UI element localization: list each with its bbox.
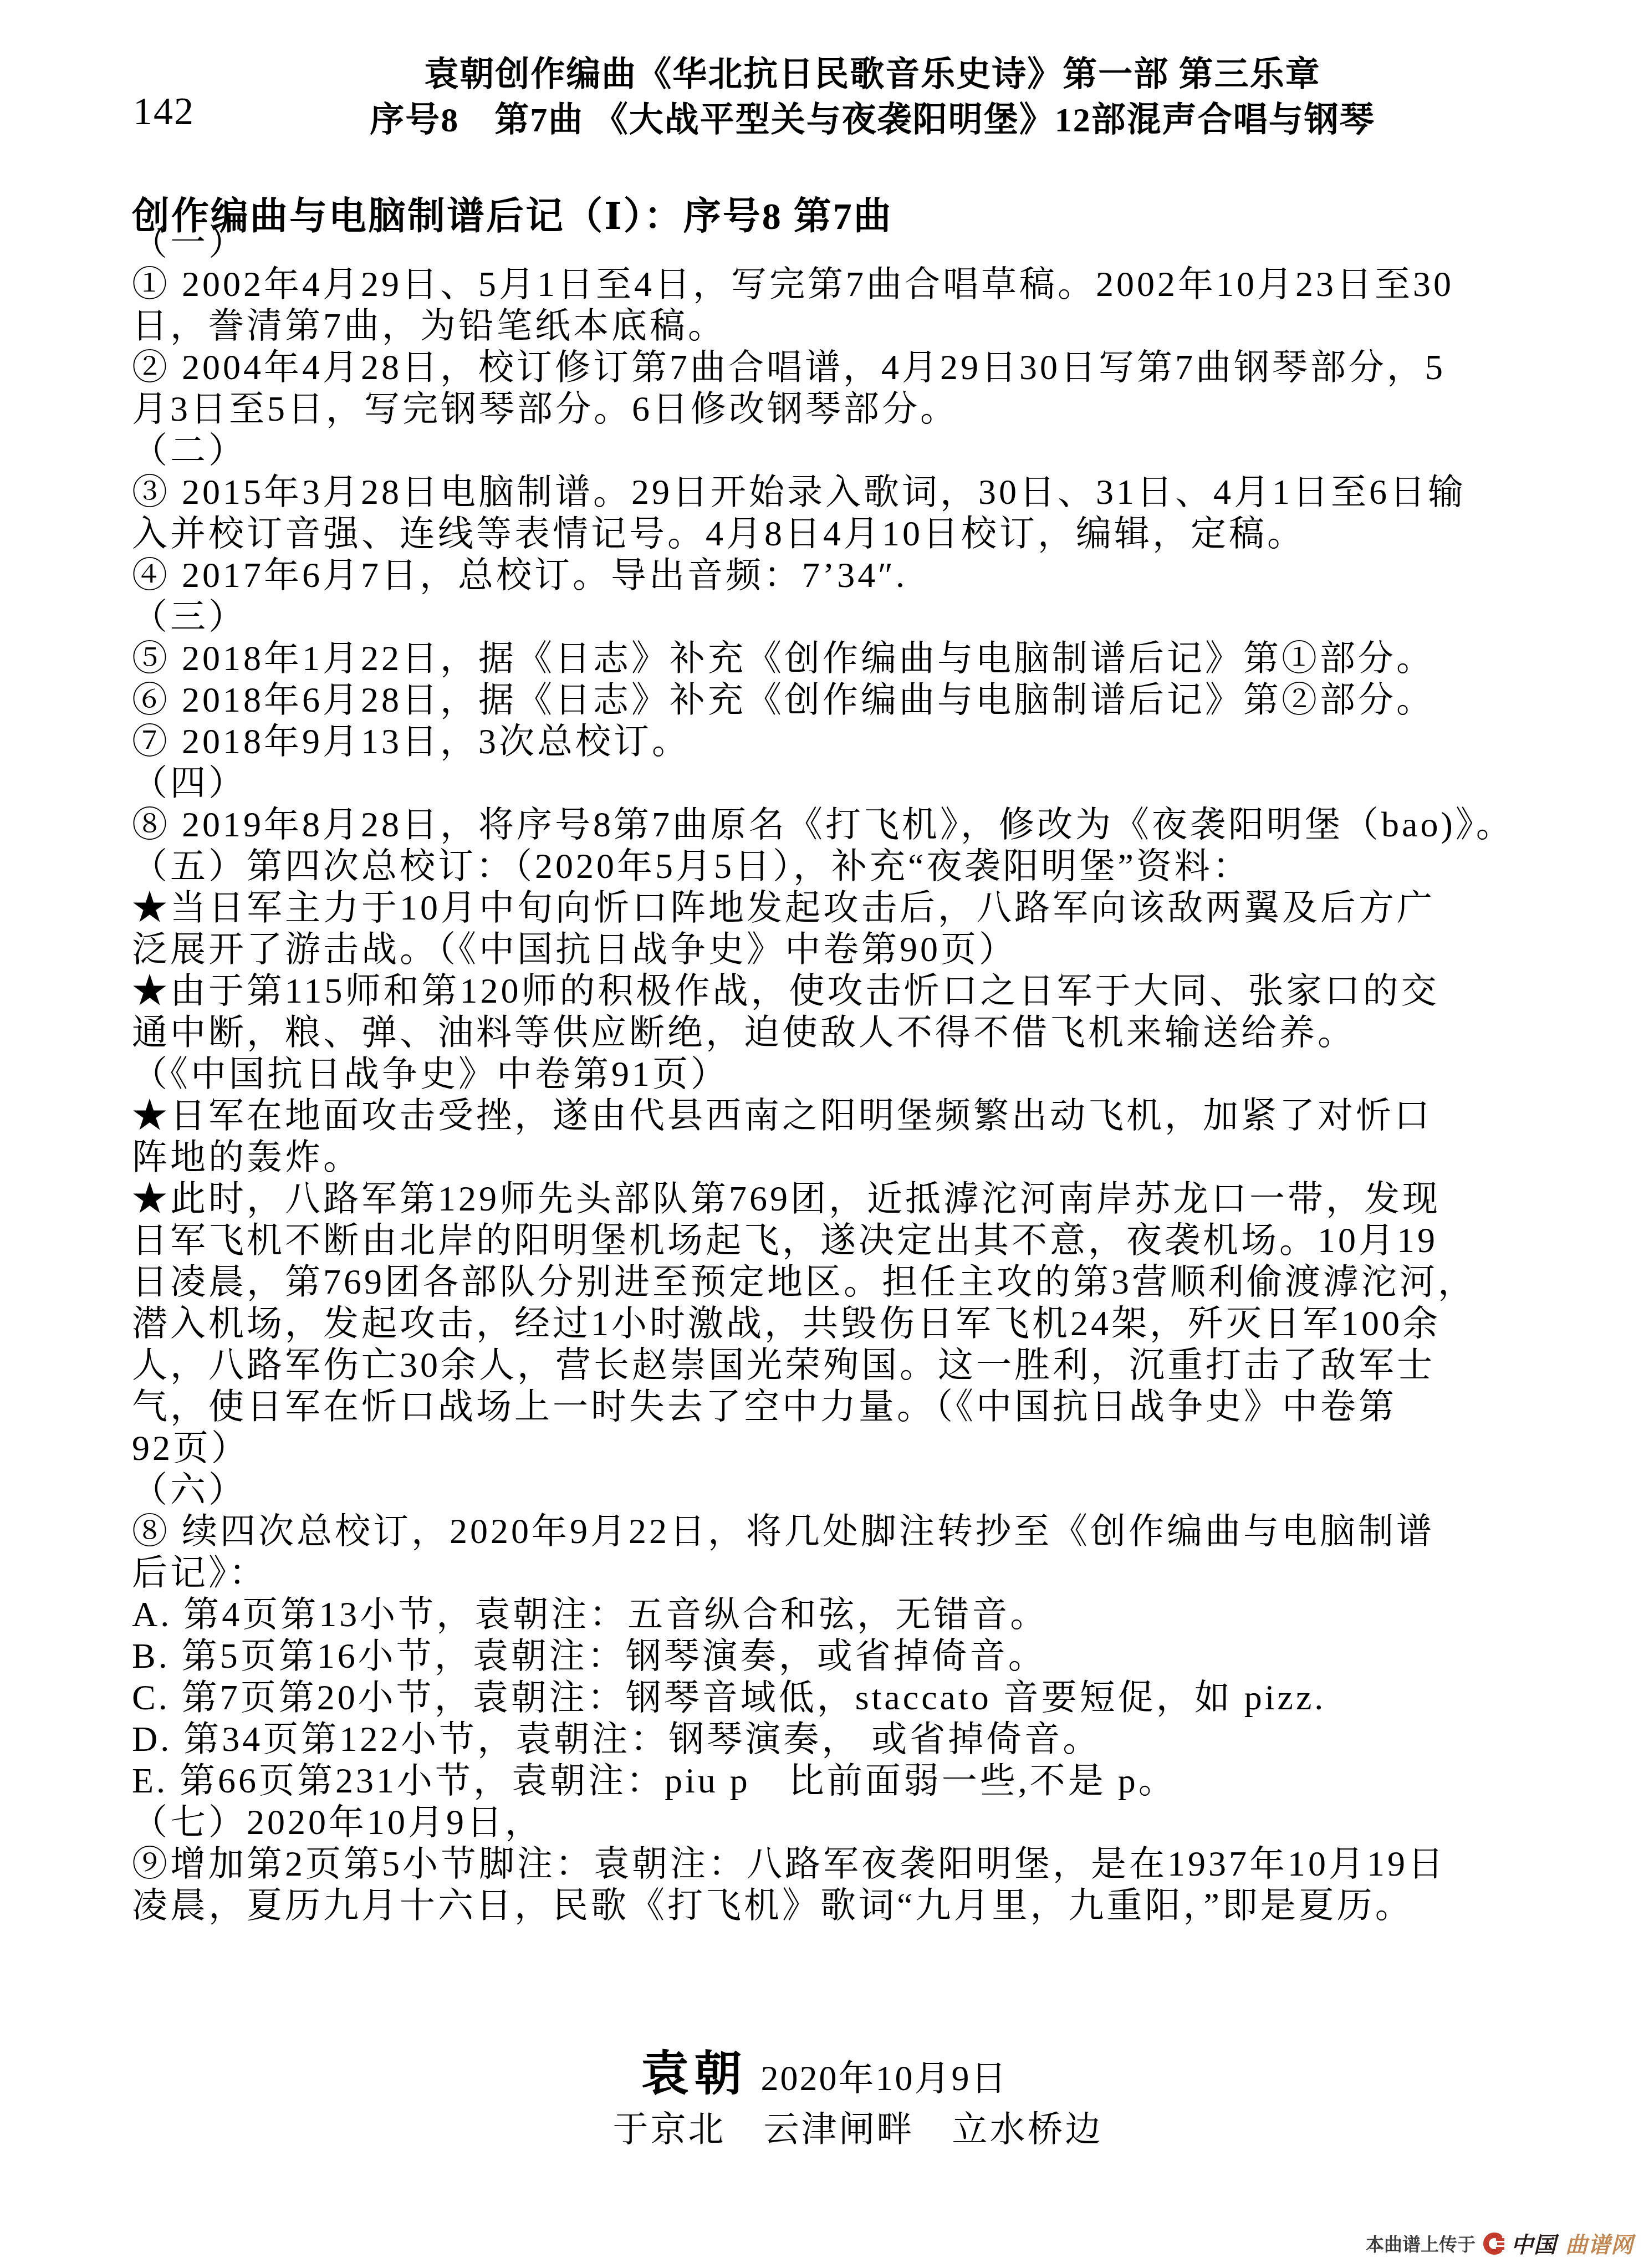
text-line: E. 第66页第231小节，袁朝注：piu p 比前面弱一些,不是 p。 [132,1760,1573,1801]
text-line: ⑤ 2018年1月22日，据《日志》补充《创作编曲与电脑制谱后记》第①部分。 [132,637,1573,679]
text-line: （六） [132,1469,1573,1510]
text-line: ★此时，八路军第129师先头部队第769团，近抵滹沱河南岸苏龙口一带，发现 [132,1178,1573,1219]
text-line: ★日军在地面攻击受挫，遂由代县西南之阳明堡频繁出动飞机，加紧了对忻口 [132,1095,1573,1136]
signature-place: 于京北 云津闸畔 立水桥边 [33,2101,1649,2152]
text-line: （七）2020年10月9日， [132,1801,1573,1843]
text-line: 泛展开了游击战。（《中国抗日战争史》中卷第90页） [132,928,1573,970]
running-header-line1: 袁朝创作编曲《华北抗日民歌音乐史诗》第一部 第三乐章 [96,47,1648,96]
running-header-line2: 序号8 第7曲 《大战平型关与夜袭阳明堡》12部混声合唱与钢琴 [96,92,1648,141]
text-line: 气，使日军在忻口战场上一时失去了空中力量。（《中国抗日战争史》中卷第 [132,1386,1573,1427]
text-line: 日，誊清第7曲，为铅笔纸本底稿。 [132,305,1573,346]
text-line: D. 第34页第122小节，袁朝注：钢琴演奏， 或省掉倚音。 [132,1718,1573,1760]
text-line: 入并校订音强、连线等表情记号。4月8日4月10日校订，编辑，定稿。 [132,513,1573,554]
text-line: 日凌晨，第769团各部队分别进至预定地区。担任主攻的第3营顺利偷渡滹沱河， [132,1261,1573,1302]
text-line: ★由于第115师和第120师的积极作战，使攻击忻口之日军于大同、张家口的交 [132,970,1573,1012]
text-line: （《中国抗日战争史》中卷第91页） [132,1053,1573,1095]
text-line: ⑧ 2019年8月28日，将序号8第7曲原名《打飞机》，修改为《夜袭阳明堡（ba… [132,804,1573,845]
text-line: ④ 2017年6月7日，总校订。导出音频：7’34″. [132,554,1573,596]
text-line: 日军飞机不断由北岸的阳明堡机场起飞，遂决定出其不意，夜袭机场。10月19 [132,1219,1573,1261]
document-page: 袁朝创作编曲《华北抗日民歌音乐史诗》第一部 第三乐章 序号8 第7曲 《大战平型… [0,0,1649,2268]
text-line: 潜入机场，发起攻击，经过1小时激战，共毁伤日军飞机24架，歼灭日军100余 [132,1302,1573,1344]
page-number: 142 [133,90,195,134]
text-line: ⑨增加第2页第5小节脚注：袁朝注：八路军夜袭阳明堡，是在1937年10月19日 [132,1843,1573,1884]
text-line: 92页） [132,1427,1573,1469]
text-line: 月3日至5日，写完钢琴部分。6日修改钢琴部分。 [132,388,1573,430]
signature-line: 袁朝2020年10月9日 [0,2035,1649,2104]
text-line: ⑥ 2018年6月28日，据《日志》补充《创作编曲与电脑制谱后记》第②部分。 [132,679,1573,721]
text-line: ★当日军主力于10月中旬向忻口阵地发起攻击后，八路军向该敌两翼及后方广 [132,887,1573,928]
text-line: C. 第7页第20小节，袁朝注：钢琴音域低，staccato 音要短促，如 pi… [132,1677,1573,1718]
text-line: 通中断，粮、弹、油料等供应断绝，迫使敌人不得不借飞机来输送给养。 [132,1012,1573,1053]
text-line: ② 2004年4月28日，校订修订第7曲合唱谱，4月29日30日写第7曲钢琴部分… [132,346,1573,388]
text-line: （四） [132,762,1573,804]
text-line: 阵地的轰炸。 [132,1136,1573,1178]
text-line: ③ 2015年3月28日电脑制谱。29日开始录入歌词，30日、31日、4月1日至… [132,471,1573,513]
watermark-site-name-dark: 中国 [1511,2228,1556,2259]
body-text-block: （一） ① 2002年4月29日、5月1日至4日，写完第7曲合唱草稿。2002年… [132,222,1573,1926]
text-line: ① 2002年4月29日、5月1日至4日，写完第7曲合唱草稿。2002年10月2… [132,263,1573,305]
text-line: 凌晨，夏历九月十六日，民歌《打飞机》歌词“九月里，九重阳，”即是夏历。 [132,1884,1573,1926]
text-line: ⑧ 续四次总校订，2020年9月22日，将几处脚注转抄至《创作编曲与电脑制谱 [132,1510,1573,1552]
text-line: 后记》： [132,1552,1573,1593]
watermark-upload-text: 本曲谱上传于 [1366,2230,1476,2256]
text-line: （五）第四次总校订：（2020年5月5日），补充“夜袭阳明堡”资料： [132,845,1573,887]
text-line: A. 第4页第13小节，袁朝注：五音纵合和弦，无错音。 [132,1593,1573,1635]
site-watermark: 本曲谱上传于 中国 曲谱网 [1366,2228,1633,2259]
text-line: 人，八路军伤亡30余人，营长赵崇国光荣殉国。这一胜利，沉重打击了敌军士 [132,1344,1573,1386]
text-line: ⑦ 2018年9月13日，3次总校订。 [132,721,1573,762]
watermark-site-name-orange: 曲谱网 [1565,2228,1633,2259]
text-line: （一） [132,222,1573,263]
signature-date: 2020年10月9日 [761,2058,1008,2098]
site-logo-icon [1481,2231,1505,2256]
author-signature: 袁朝 [641,2047,748,2101]
text-line: B. 第5页第16小节，袁朝注：钢琴演奏，或省掉倚音。 [132,1635,1573,1677]
text-line: （二） [132,430,1573,471]
text-line: （三） [132,596,1573,637]
